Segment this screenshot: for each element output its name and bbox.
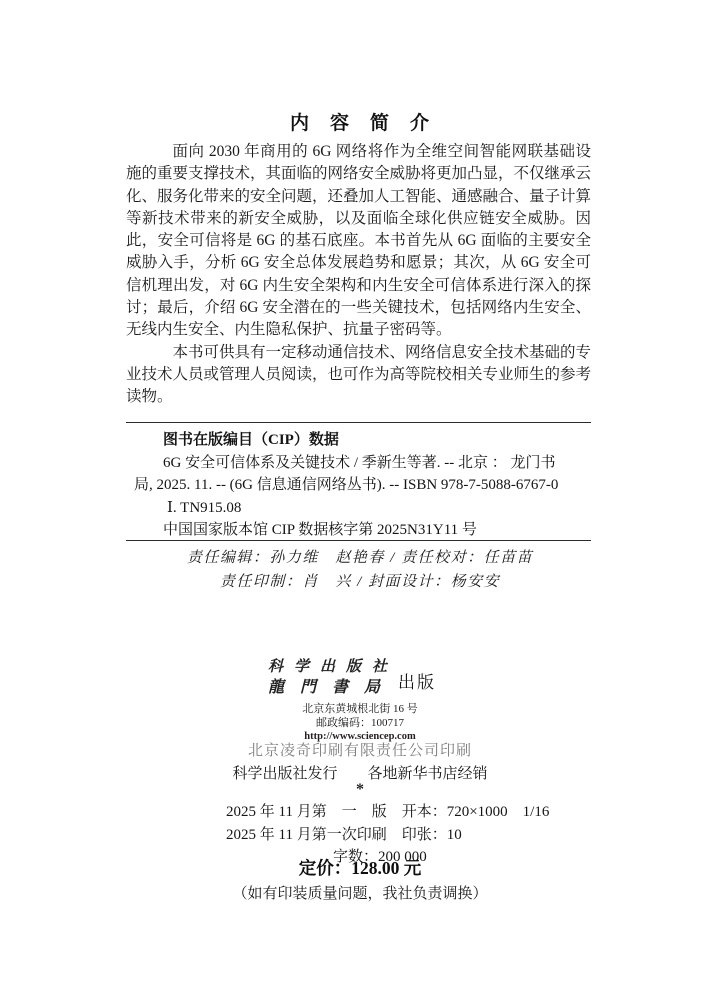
quality-note: （如有印装质量问题，我社负责调换） xyxy=(0,882,720,903)
staff-credits: 责任编辑：孙力维 赵艳春 / 责任校对：任苗苗 责任印制：肖 兴 / 封面设计：… xyxy=(0,546,720,594)
summary-paragraph-1: 面向 2030 年商用的 6G 网络将作为全维空间智能网联基础设施的重要支撑技术… xyxy=(126,141,591,342)
divider-bottom xyxy=(126,540,591,541)
price-line: 定价：128.00 元 xyxy=(0,855,720,880)
page-title: 内 容 简 介 xyxy=(0,108,720,135)
content-summary: 面向 2030 年商用的 6G 网络将作为全维空间智能网联基础设施的重要支撑技术… xyxy=(126,141,591,409)
cip-header: 图书在版编目（CIP）数据 xyxy=(163,429,594,452)
printer-line: 北京凌奇印刷有限责任公司印刷 xyxy=(0,739,720,760)
publisher-address: 北京东黄城根北街 16 号 xyxy=(0,702,720,716)
publisher-block: 科学出版社 龍門書局 出版 北京东黄城根北街 16 号 邮政编码：100717 … xyxy=(0,657,720,744)
science-press-logo: 科学出版社 xyxy=(268,657,394,677)
published-by-label: 出版 xyxy=(398,668,436,693)
asterisk-separator: * xyxy=(0,781,720,799)
copyright-page: 内 容 简 介 面向 2030 年商用的 6G 网络将作为全维空间智能网联基础设… xyxy=(0,0,720,1000)
edition-line: 2025 年 11 月第 一 版 开本：720×1000 1/16 xyxy=(226,801,549,824)
credits-editors: 责任编辑：孙力维 赵艳春 / 责任校对：任苗苗 xyxy=(0,546,720,570)
summary-paragraph-2: 本书可供具有一定移动通信技术、网络信息安全技术基础的专业技术人员或管理人员阅读，… xyxy=(126,342,591,409)
printing-line: 2025 年 11 月第一次印刷 印张：10 xyxy=(226,824,549,847)
cip-record-number: 中国国家版本馆 CIP 数据核字第 2025N31Y11 号 xyxy=(163,519,594,542)
publisher-logo-column: 科学出版社 龍門書局 xyxy=(268,657,394,698)
cip-line-2: 局, 2025. 11. -- (6G 信息通信网络丛书). -- ISBN 9… xyxy=(134,474,594,497)
longmen-books-logo: 龍門書局 xyxy=(268,677,394,698)
divider-top xyxy=(126,422,591,423)
publisher-logos: 科学出版社 龍門書局 出版 xyxy=(0,657,712,698)
cip-data-block: 图书在版编目（CIP）数据 6G 安全可信体系及关键技术 / 季新生等著. --… xyxy=(126,429,594,542)
distribution-line: 科学出版社发行 各地新华书店经销 xyxy=(0,762,720,783)
publisher-postcode: 邮政编码：100717 xyxy=(0,716,720,730)
cip-classification: Ⅰ. TN915.08 xyxy=(167,497,594,520)
cip-line-1: 6G 安全可信体系及关键技术 / 季新生等著. -- 北京 ： 龙门书 xyxy=(163,452,594,475)
credits-printing-design: 责任印制：肖 兴 / 封面设计：杨安安 xyxy=(0,570,720,594)
